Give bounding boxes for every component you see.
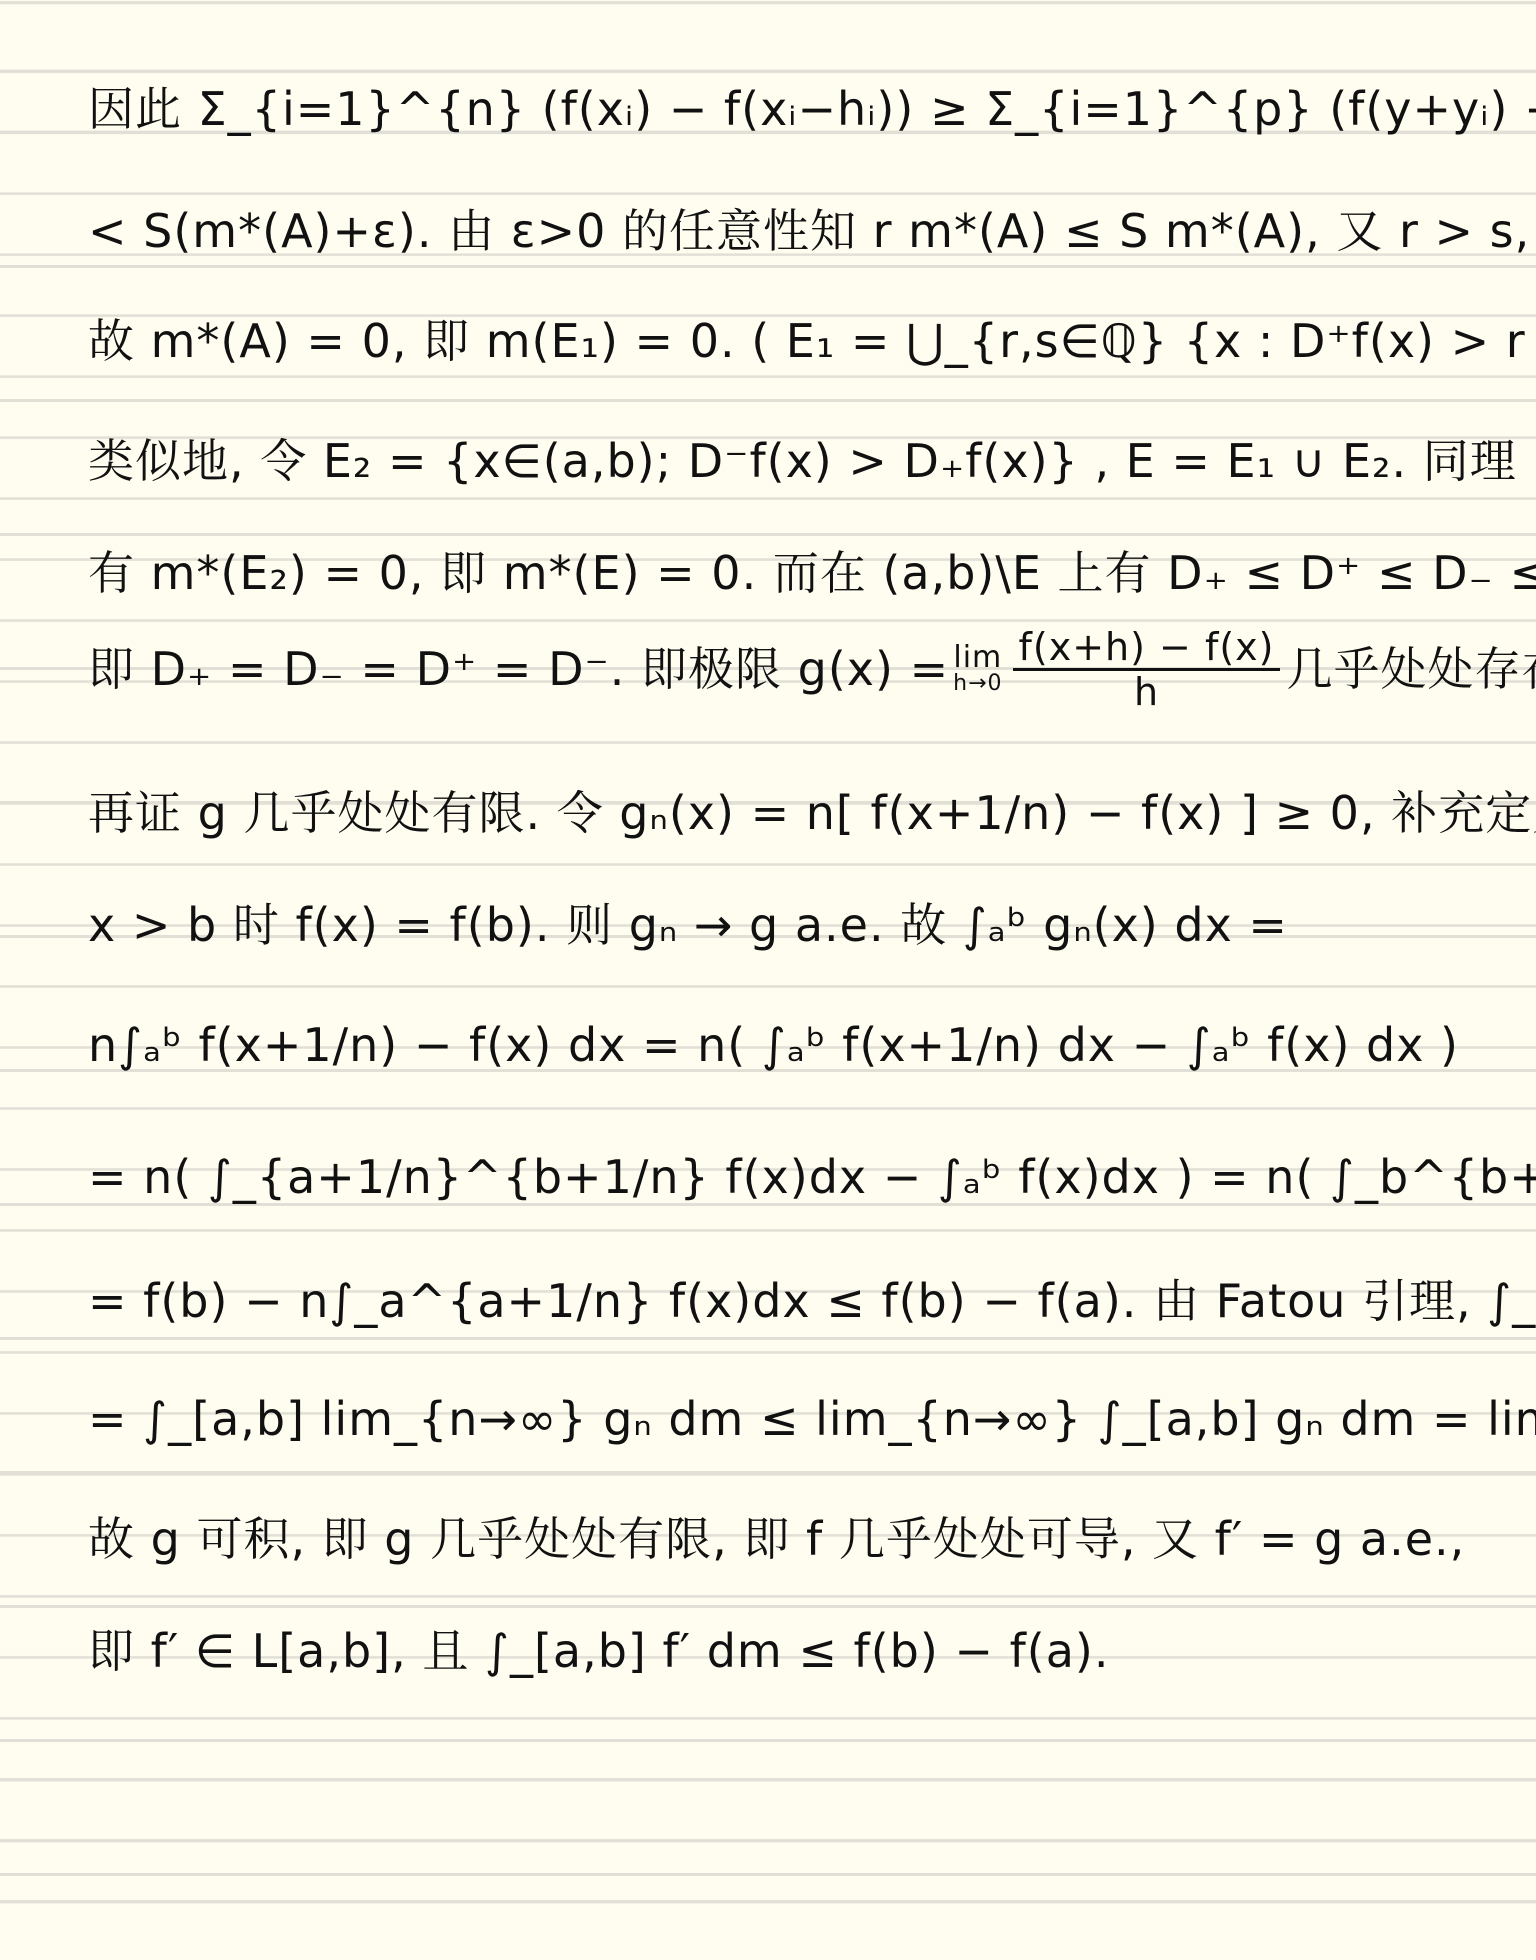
limit-operator: lim h→0 <box>953 643 1002 695</box>
difference-quotient-fraction: f(x+h) − f(x) h <box>1013 628 1281 711</box>
note-line-3: 故 m*(A) = 0, 即 m(E₁) = 0. ( E₁ = ⋃_{r,s∈… <box>88 262 1496 372</box>
note-text: 有 m*(E₂) = 0, 即 m*(E) = 0. 而在 (a,b)\E 上有… <box>88 550 1536 604</box>
limit-label: lim <box>953 643 1002 673</box>
note-line-10: = n( ∫_{a+1/n}^{b+1/n} f(x)dx − ∫ₐᵇ f(x)… <box>88 1098 1496 1208</box>
note-line-4: 类似地, 令 E₂ = {x∈(a,b); D⁻f(x) > D₊f(x)} ,… <box>88 382 1496 492</box>
note-text: n∫ₐᵇ f(x+1/n) − f(x) dx = n( ∫ₐᵇ f(x+1/n… <box>88 1022 1459 1076</box>
note-line-5: 有 m*(E₂) = 0, 即 m*(E) = 0. 而在 (a,b)\E 上有… <box>88 494 1496 604</box>
note-text: = f(b) − n∫_a^{a+1/n} f(x)dx ≤ f(b) − f(… <box>88 1278 1536 1332</box>
note-line-7: 再证 g 几乎处处有限. 令 gₙ(x) = n[ f(x+1/n) − f(x… <box>88 734 1496 844</box>
note-text: = ∫_[a,b] lim_{n→∞} gₙ dm ≤ lim_{n→∞} ∫_… <box>88 1396 1536 1450</box>
note-text: x > b 时 f(x) = f(b). 则 gₙ → g a.e. 故 ∫ₐᵇ… <box>88 902 1288 956</box>
fraction-denominator: h <box>1134 671 1159 711</box>
handwritten-note-page: 因此 Σ_{i=1}^{n} (f(xᵢ) − f(xᵢ−hᵢ)) ≥ Σ_{i… <box>0 0 1536 1960</box>
note-text: 因此 Σ_{i=1}^{n} (f(xᵢ) − f(xᵢ−hᵢ)) ≥ Σ_{i… <box>88 86 1536 140</box>
note-line-12: = ∫_[a,b] lim_{n→∞} gₙ dm ≤ lim_{n→∞} ∫_… <box>88 1340 1496 1450</box>
note-text-prefix: 即 D₊ = D₋ = D⁺ = D⁻. 即极限 g(x) = <box>88 646 949 692</box>
note-text-suffix: 几乎处处存在. <box>1286 646 1536 692</box>
note-text: 故 g 可积, 即 g 几乎处处有限, 即 f 几乎处处可导, 又 f′ = g… <box>88 1516 1465 1570</box>
note-line-1: 因此 Σ_{i=1}^{n} (f(xᵢ) − f(xᵢ−hᵢ)) ≥ Σ_{i… <box>88 30 1496 140</box>
note-text: 即 f′ ∈ L[a,b], 且 ∫_[a,b] f′ dm ≤ f(b) − … <box>88 1628 1110 1682</box>
note-text: = n( ∫_{a+1/n}^{b+1/n} f(x)dx − ∫ₐᵇ f(x)… <box>88 1154 1536 1208</box>
note-line-9: n∫ₐᵇ f(x+1/n) − f(x) dx = n( ∫ₐᵇ f(x+1/n… <box>88 966 1496 1076</box>
limit-subscript: h→0 <box>953 673 1002 695</box>
note-text: 故 m*(A) = 0, 即 m(E₁) = 0. ( E₁ = ⋃_{r,s∈… <box>88 318 1536 372</box>
note-line-8: x > b 时 f(x) = f(b). 则 gₙ → g a.e. 故 ∫ₐᵇ… <box>88 846 1496 956</box>
note-line-2: < S(m*(A)+ε). 由 ε>0 的任意性知 r m*(A) ≤ S m*… <box>88 152 1496 262</box>
fraction-numerator: f(x+h) − f(x) <box>1013 628 1281 671</box>
note-text: < S(m*(A)+ε). 由 ε>0 的任意性知 r m*(A) ≤ S m*… <box>88 208 1530 262</box>
note-text: 再证 g 几乎处处有限. 令 gₙ(x) = n[ f(x+1/n) − f(x… <box>88 790 1536 844</box>
note-line-6: 即 D₊ = D₋ = D⁺ = D⁻. 即极限 g(x) = lim h→0 … <box>88 614 1496 724</box>
note-line-13: 故 g 可积, 即 g 几乎处处有限, 即 f 几乎处处可导, 又 f′ = g… <box>88 1460 1496 1570</box>
note-text: 类似地, 令 E₂ = {x∈(a,b); D⁻f(x) > D₊f(x)} ,… <box>88 438 1517 492</box>
note-line-14: 即 f′ ∈ L[a,b], 且 ∫_[a,b] f′ dm ≤ f(b) − … <box>88 1572 1496 1682</box>
note-line-11: = f(b) − n∫_a^{a+1/n} f(x)dx ≤ f(b) − f(… <box>88 1222 1496 1332</box>
